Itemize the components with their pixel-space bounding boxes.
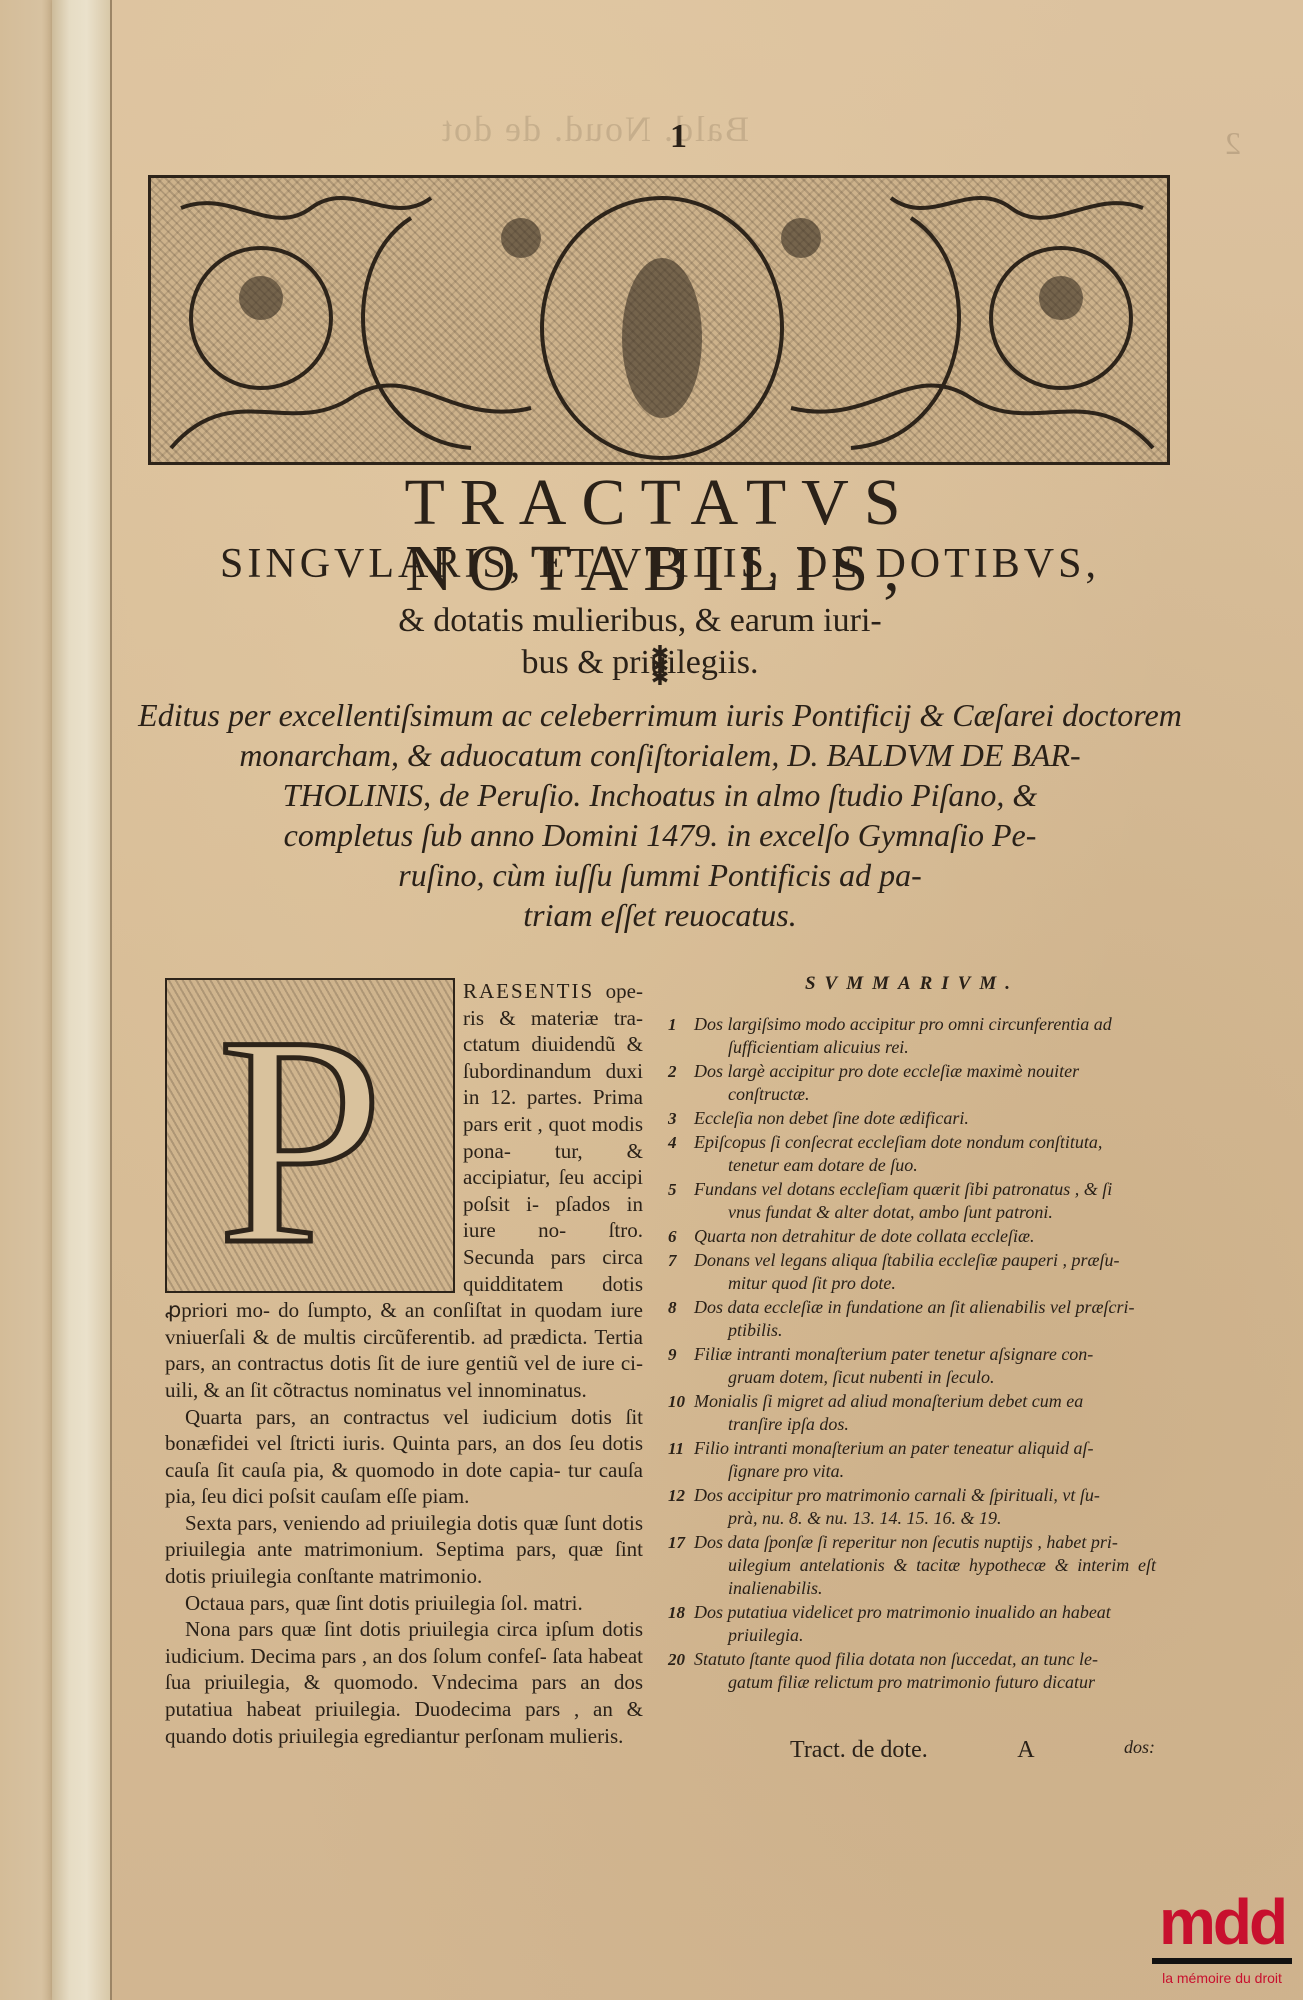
summarium-entry: 20Statuto ſtante quod filia dotata non ſ… <box>668 1648 1156 1694</box>
catchword: dos: <box>1124 1737 1155 1764</box>
entry-number: 9 <box>668 1343 694 1389</box>
entry-text: Dos accipitur pro matrimonio carnali & ſ… <box>694 1484 1156 1530</box>
paragraph: Octaua pars, quæ ſint dotis priuilegia ſ… <box>165 1590 643 1617</box>
entry-text: Dos putatiua videlicet pro matrimonio in… <box>694 1601 1156 1647</box>
subtitle: SINGVLARIS, ET VTILIS, DE DOTIBVS, <box>150 540 1170 588</box>
entry-text: Quarta non detrahitur de dote collata ec… <box>694 1225 1156 1248</box>
summarium-entry: 12Dos accipitur pro matrimonio carnali &… <box>668 1484 1156 1530</box>
summarium-entry: 17Dos data ſponſæ ſi reperitur non ſecut… <box>668 1531 1156 1600</box>
entry-number: 20 <box>668 1648 694 1694</box>
entry-text: Fundans vel dotans eccleſiam quærit ſibi… <box>694 1178 1156 1224</box>
entry-text: Dos data ſponſæ ſi reperitur non ſecutis… <box>694 1531 1156 1600</box>
entry-number: 5 <box>668 1178 694 1224</box>
paragraph: Sexta pars, veniendo ad priuilegia dotis… <box>165 1510 643 1590</box>
entry-number: 18 <box>668 1601 694 1647</box>
logo-tagline: la mémoire du droit <box>1142 1970 1302 1986</box>
page-footer: Tract. de dote. A dos: <box>790 1737 1155 1764</box>
summarium-entry: 8Dos data eccleſiæ in fundatione an ſit … <box>668 1296 1156 1342</box>
entry-text: Dos data eccleſiæ in fundatione an ſit a… <box>694 1296 1156 1342</box>
summarium-entry: 5Fundans vel dotans eccleſiam quærit ſib… <box>668 1178 1156 1224</box>
entry-number: 1 <box>668 1013 694 1059</box>
edition-line: completus ſub anno Domini 1479. in excel… <box>135 815 1185 855</box>
summarium-column: SVMMARIVM. 1Dos largiſsimo modo accipitu… <box>668 972 1156 1695</box>
entry-text: Dos largiſsimo modo accipitur pro omni c… <box>694 1013 1156 1059</box>
entry-number: 8 <box>668 1296 694 1342</box>
entry-number: 3 <box>668 1107 694 1130</box>
asterism-ornament: ✱ ✱✱ <box>640 648 680 684</box>
summarium-entry: 10Monialis ſi migret ad aliud monaſteriu… <box>668 1390 1156 1436</box>
edition-line: triam eſſet reuocatus. <box>135 895 1185 935</box>
binding-strip <box>52 0 112 2000</box>
running-title: Tract. de dote. <box>790 1737 928 1764</box>
summarium-entry: 6Quarta non detrahitur de dote collata e… <box>668 1225 1156 1248</box>
edition-line: THOLINIS, de Peruſio. Inchoatus in almo … <box>135 775 1185 815</box>
decorated-initial: P <box>165 978 455 1293</box>
summarium-entry: 1Dos largiſsimo modo accipitur pro omni … <box>668 1013 1156 1059</box>
entry-text: Filio intranti monaſterium an pater tene… <box>694 1437 1156 1483</box>
edition-line: monarcham, & aduocatum conſiſtorialem, D… <box>135 735 1185 775</box>
entry-text: Epiſcopus ſi conſecrat eccleſiam dote no… <box>694 1131 1156 1177</box>
subtitle-line: & dotatis mulieribus, & earum iuri- <box>270 600 1010 642</box>
initial-letter: P <box>217 990 384 1290</box>
summarium-title: SVMMARIVM. <box>668 972 1156 995</box>
entry-text: Filiæ intranti monaſterium pater tenetur… <box>694 1343 1156 1389</box>
summarium-list: 1Dos largiſsimo modo accipitur pro omni … <box>668 1013 1156 1694</box>
signature-mark: A <box>1017 1737 1034 1764</box>
summarium-entry: 18Dos putatiua videlicet pro matrimonio … <box>668 1601 1156 1647</box>
entry-text: Donans vel legans aliqua ſtabilia eccleſ… <box>694 1249 1156 1295</box>
entry-number: 17 <box>668 1531 694 1600</box>
opening-word: RAESENTIS <box>463 979 594 1003</box>
entry-number: 6 <box>668 1225 694 1248</box>
summarium-entry: 11Filio intranti monaſterium an pater te… <box>668 1437 1156 1483</box>
summarium-entry: 3Eccleſia non debet ſine dote ædificari. <box>668 1107 1156 1130</box>
entry-text: Statuto ſtante quod filia dotata non ſuc… <box>694 1648 1156 1694</box>
page-number: 1 <box>670 118 687 156</box>
edition-statement: Editus per excellentiſsimum ac celeberri… <box>135 695 1185 935</box>
summarium-entry: 4Epiſcopus ſi conſecrat eccleſiam dote n… <box>668 1131 1156 1177</box>
entry-number: 11 <box>668 1437 694 1483</box>
bleed-through-page-number: 2 <box>1225 125 1241 162</box>
mdd-watermark-logo: mdd la mémoire du droit <box>1142 1890 1302 1995</box>
entry-text: Monialis ſi migret ad aliud monaſterium … <box>694 1390 1156 1436</box>
underlying-page-edge <box>0 0 52 2000</box>
summarium-entry: 9Filiæ intranti monaſterium pater tenetu… <box>668 1343 1156 1389</box>
logo-bar <box>1152 1958 1292 1964</box>
entry-number: 10 <box>668 1390 694 1436</box>
bleed-through-header: Bald. Noud. de dot <box>440 108 749 150</box>
paragraph: Nona pars quæ ſint dotis priuilegia circ… <box>165 1616 643 1749</box>
summarium-entry: 7Donans vel legans aliqua ſtabilia eccle… <box>668 1249 1156 1295</box>
summarium-entry: 2Dos largè accipitur pro dote eccleſiæ m… <box>668 1060 1156 1106</box>
entry-number: 12 <box>668 1484 694 1530</box>
entry-text: Eccleſia non debet ſine dote ædificari. <box>694 1107 1156 1130</box>
paragraph: Quarta pars, an contractus vel iudicium … <box>165 1404 643 1510</box>
entry-number: 4 <box>668 1131 694 1177</box>
edition-line: ruſino, cùm iuſſu ſummi Pontificis ad pa… <box>135 855 1185 895</box>
ornament-illustration-icon <box>151 178 1170 465</box>
entry-number: 2 <box>668 1060 694 1106</box>
entry-number: 7 <box>668 1249 694 1295</box>
body-text-column: P RAESENTIS ope- ris & materiæ tra- ctat… <box>165 978 643 1749</box>
edition-line: Editus per excellentiſsimum ac celeberri… <box>135 695 1185 735</box>
logo-mark: mdd <box>1142 1890 1302 1954</box>
entry-text: Dos largè accipitur pro dote eccleſiæ ma… <box>694 1060 1156 1106</box>
woodcut-headpiece-banner <box>148 175 1170 465</box>
